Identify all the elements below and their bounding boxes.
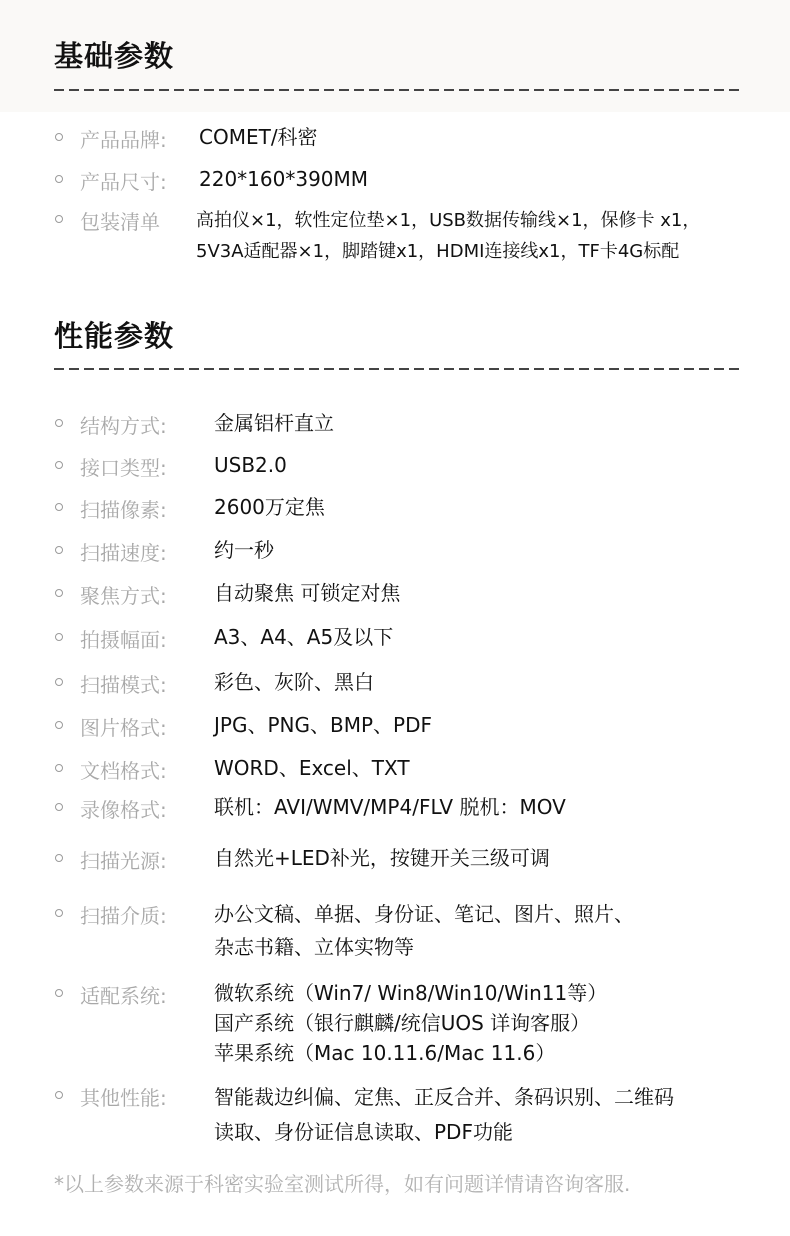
spec-value: 高拍仪×1，软性定位垫×1，USB数据传输线×1，保修卡 x1， 5V3A适配器… [196, 205, 700, 267]
bullet-icon [55, 909, 63, 917]
spec-value: 办公文稿、单据、身份证、笔记、图片、照片、 杂志书籍、立体实物等 [214, 898, 634, 964]
spec-value: 自动聚焦 可锁定对焦 [214, 578, 400, 608]
spec-value: 智能裁边纠偏、定焦、正反合并、条码识别、二维码 读取、身份证信息读取、PDF功能 [214, 1080, 674, 1150]
spec-value: 彩色、灰阶、黑白 [214, 667, 374, 697]
spec-label: 扫描像素: [80, 494, 167, 523]
spec-label: 包装清单 [80, 206, 160, 235]
spec-label: 文档格式: [80, 755, 167, 784]
footnote: *以上参数来源于科密实验室测试所得，如有问题详情请咨询客服. [54, 1168, 630, 1197]
bullet-icon [55, 215, 63, 223]
bullet-icon [55, 461, 63, 469]
spec-label: 适配系统: [80, 980, 167, 1009]
spec-label: 扫描模式: [80, 669, 167, 698]
bullet-icon [55, 678, 63, 686]
spec-value: 自然光+LED补光，按键开关三级可调 [214, 843, 550, 873]
spec-label: 拍摄幅面: [80, 624, 167, 653]
spec-value: 2600万定焦 [214, 492, 325, 522]
bullet-icon [55, 989, 63, 997]
bullet-icon [55, 803, 63, 811]
spec-value: 联机：AVI/WMV/MP4/FLV 脱机：MOV [214, 792, 566, 822]
spec-label: 其他性能: [80, 1082, 167, 1111]
spec-value: 220*160*390MM [199, 164, 368, 194]
spec-label: 录像格式: [80, 794, 167, 823]
spec-label: 图片格式: [80, 712, 167, 741]
bullet-icon [55, 721, 63, 729]
bullet-icon [55, 589, 63, 597]
spec-value: USB2.0 [214, 450, 287, 480]
spec-value: 约一秒 [214, 535, 274, 565]
bullet-icon [55, 133, 63, 141]
spec-label: 产品品牌: [80, 124, 167, 153]
spec-value: 微软系统（Win7/ Win8/Win10/Win11等） 国产系统（银行麒麟/… [214, 978, 607, 1068]
spec-value: JPG、PNG、BMP、PDF [214, 710, 432, 740]
bullet-icon [55, 854, 63, 862]
spec-label: 接口类型: [80, 452, 167, 481]
bullet-icon [55, 1091, 63, 1099]
bullet-icon [55, 419, 63, 427]
spec-label: 结构方式: [80, 410, 167, 439]
spec-label: 扫描速度: [80, 537, 167, 566]
bullet-icon [55, 175, 63, 183]
divider-performance [54, 368, 744, 370]
section-title-performance: 性能参数 [54, 314, 174, 355]
spec-value: A3、A4、A5及以下 [214, 622, 393, 652]
bullet-icon [55, 503, 63, 511]
spec-label: 产品尺寸: [80, 166, 167, 195]
spec-label: 聚焦方式: [80, 580, 167, 609]
spec-value: COMET/科密 [199, 122, 318, 152]
spec-label: 扫描介质: [80, 900, 167, 929]
spec-value: 金属铝杆直立 [214, 408, 334, 438]
section-title-basic: 基础参数 [54, 34, 174, 75]
bullet-icon [55, 546, 63, 554]
spec-value: WORD、Excel、TXT [214, 753, 410, 783]
bullet-icon [55, 764, 63, 772]
bullet-icon [55, 633, 63, 641]
divider-basic [54, 89, 744, 91]
spec-label: 扫描光源: [80, 845, 167, 874]
